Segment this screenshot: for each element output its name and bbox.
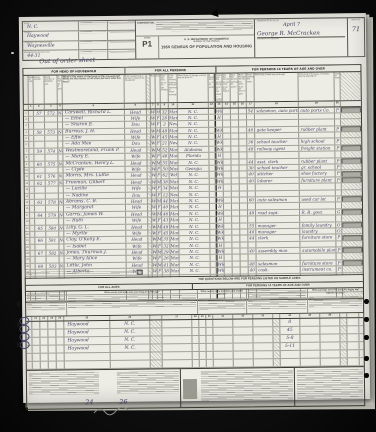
cell-house: 63 <box>35 200 46 206</box>
sample-column-number: 33 <box>253 314 273 318</box>
cell-house <box>35 244 46 250</box>
cell-hrs: 48 <box>248 210 256 215</box>
cell-d1: Wk <box>216 198 224 203</box>
cell-name: — Isabel <box>64 243 126 249</box>
cell-rel: Head <box>126 224 148 230</box>
cell-hrs: 30 <box>248 165 256 170</box>
sample-cell-d3 <box>253 335 273 342</box>
sample-column-number: 29 <box>199 315 206 319</box>
cell-stamp <box>341 139 361 145</box>
cell-d3 <box>232 191 240 196</box>
dept-line-2: BUREAU OF THE CENSUS <box>159 40 254 43</box>
cell-serial: 575 <box>45 161 58 167</box>
cell-house: 64 <box>35 212 46 218</box>
sample-cell-e3 <box>320 326 340 333</box>
cell-stamp <box>343 266 363 272</box>
cell-born: N. C. <box>180 262 211 268</box>
cell-house <box>34 117 45 123</box>
sample-cell-shadeB <box>150 336 162 343</box>
cell-age: 48 <box>161 128 169 133</box>
census-title: 1950 CENSUS OF POPULATION AND HOUSING <box>159 43 254 49</box>
aux-box-label <box>108 41 135 43</box>
cell-stamp <box>341 113 361 119</box>
cell-ind: furniture store <box>301 260 337 266</box>
question-parents: What country were his father and mother … <box>199 290 245 296</box>
column-number: 11 <box>178 103 209 108</box>
header-aux-box <box>79 31 108 40</box>
cell-occ: railway agent <box>255 146 299 152</box>
cell-hrs <box>249 255 257 260</box>
cell-house <box>36 257 47 263</box>
stamp-mark <box>342 196 361 201</box>
cell-hrs: 40 <box>248 229 256 234</box>
cell-born: Georgia <box>179 166 210 172</box>
header-field: STATEN. C. <box>23 21 79 30</box>
sample-column-number: 25 <box>64 316 110 321</box>
sample-cell-county: Haywood <box>64 337 110 345</box>
sheet-number-label: SHEET NO. <box>348 19 364 21</box>
cell-occ <box>256 190 300 196</box>
stamp-mark <box>343 248 362 253</box>
sample-cell-c1 <box>193 344 200 351</box>
sample-cell-same <box>162 328 192 335</box>
sample-cell-e1: 5-11 <box>281 343 301 350</box>
cell-ind <box>301 254 337 260</box>
sample-cell-state: N. C. <box>111 345 151 352</box>
cell-d4 <box>240 204 248 209</box>
cell-d4 <box>240 165 248 170</box>
scanner-background: STATEN. C.COUNTYHaywoodTOWNSHIP OR OTHER… <box>0 0 376 432</box>
cell-name: — Effie <box>63 135 125 141</box>
cell-age: 43 <box>162 217 170 222</box>
sheet-number: 71 <box>348 25 364 33</box>
cell-d1 <box>215 121 223 126</box>
cell-rel: Wife <box>125 154 147 160</box>
sample-cell-e2 <box>300 335 320 342</box>
cell-serial <box>46 244 59 250</box>
cell-stamp <box>342 177 362 183</box>
cell-d3 <box>231 114 239 119</box>
sample-cell-state: N. C. <box>110 329 150 336</box>
cell-rel: Head <box>126 173 148 179</box>
cell-born: N. C. <box>179 249 210 255</box>
cell-name: Abrams, C. B. <box>64 199 126 205</box>
cell-d2 <box>225 255 233 260</box>
cell-ind: shoe factory <box>300 171 336 177</box>
cell-mar: Mar <box>170 217 179 222</box>
sample-cell-shadeD <box>340 334 347 341</box>
sample-cell-b4 <box>57 353 65 360</box>
cell-mar: Mar <box>169 109 178 114</box>
sample-cell-b1 <box>33 362 41 369</box>
sample-cell-c3 <box>207 360 214 367</box>
cell-rel: Wife <box>127 256 149 262</box>
column-number: 14 <box>223 103 231 108</box>
cell-d3 <box>232 204 240 209</box>
cell-name: Jones, Thurman J. <box>64 250 126 256</box>
cell-occ <box>255 114 299 120</box>
cell-name: — Nadine <box>64 192 126 198</box>
header-field-value: Haywood <box>27 34 77 40</box>
sample-cell-county: Haywood <box>64 321 110 329</box>
sample-cell-same <box>162 320 192 327</box>
cell-rel: Wife <box>125 135 147 141</box>
cell-occ: cash. <box>257 267 301 273</box>
sample-cell-d2 <box>233 319 253 326</box>
cell-rel: Dau <box>126 192 148 198</box>
cell-serial <box>46 219 59 225</box>
sample-cell-c2 <box>200 344 207 351</box>
cell-d2 <box>223 159 231 164</box>
question-earnings: What earnings were this person's wages a… <box>309 289 362 295</box>
cell-born: N. C. <box>178 121 209 127</box>
column-header-house: House number <box>33 76 44 104</box>
column-header-occ: What kind of work was he doing? <box>254 73 298 101</box>
cell-d4 <box>240 178 248 183</box>
cell-name: Clay, O'Kelly E. <box>64 237 126 243</box>
column-number: 17 <box>247 102 255 107</box>
sample-cell-b3 <box>48 322 56 329</box>
cell-d3 <box>232 249 240 254</box>
sample-head-parents: What country were his father and mother … <box>198 289 247 314</box>
cell-d4 <box>239 140 247 145</box>
column-number: 10 <box>169 103 178 108</box>
stamp-mark <box>343 260 362 265</box>
sample-cell-d2 <box>234 359 254 366</box>
cell-rel: Head <box>126 211 148 217</box>
cell-ind: laundry <box>300 228 336 234</box>
cell-rel: Head <box>125 160 147 166</box>
cell-rel: Wife <box>126 186 148 192</box>
aux-box-label <box>108 50 135 52</box>
cell-d1: Wk <box>215 108 223 113</box>
cell-age: 34 <box>162 185 170 190</box>
sample-cell-d1 <box>213 320 233 327</box>
cell-born: N. C. <box>179 230 210 236</box>
cell-rel: Wife <box>126 167 148 173</box>
cell-ind <box>299 113 335 119</box>
stamp-mark <box>342 209 361 214</box>
cell-stamp <box>341 119 361 125</box>
cell-occ: salesman <box>257 261 301 267</box>
cell-ind <box>300 216 336 222</box>
sample-cell-shadeC <box>273 335 280 342</box>
sample-column-number: 30 <box>206 315 213 319</box>
cell-house <box>35 187 46 193</box>
cell-hrs: 40 <box>248 172 256 177</box>
cell-born: N. C. <box>179 191 210 197</box>
cell-d3 <box>231 134 239 139</box>
cell-mar: Mar <box>170 236 179 241</box>
cell-house: 58 <box>34 129 45 135</box>
sample-cell-b4 <box>56 329 64 336</box>
sample-cell-c3 <box>206 336 213 343</box>
cell-mar: Nev <box>169 141 178 146</box>
sample-cell-e3 <box>320 318 340 325</box>
cell-age: 40 <box>162 205 170 210</box>
cell-serial: 576 <box>46 174 59 180</box>
cell-d4 <box>240 229 248 234</box>
cell-ind: rubber plant <box>299 126 335 132</box>
stamp-mark <box>342 171 361 176</box>
enumerator-label: ENUMERATOR (Signature) <box>257 37 345 40</box>
cell-d3 <box>231 159 239 164</box>
cell-age: 55 <box>161 160 169 165</box>
cell-hrs <box>247 114 255 119</box>
cell-d1: Wk <box>216 249 224 254</box>
cell-d2 <box>224 172 232 177</box>
sample-cell-c1 <box>193 352 200 359</box>
cell-hrs <box>247 121 255 126</box>
cell-d2 <box>224 198 232 203</box>
cell-d4 <box>240 217 248 222</box>
cell-d4 <box>239 146 247 151</box>
header-aux-box <box>79 40 108 49</box>
cell-d1 <box>216 191 224 196</box>
cell-d3 <box>232 242 240 247</box>
cell-age: 62 <box>162 173 170 178</box>
column-headers: Name of streetHouse numberSerial number … <box>23 72 360 105</box>
sample-cell-e3 <box>321 342 341 349</box>
sample-cell-b4 <box>56 337 64 344</box>
cell-house <box>35 206 46 212</box>
cell-stamp <box>341 158 361 164</box>
cell-born: N. C. <box>178 108 209 114</box>
cell-occ: school teacher <box>256 165 300 171</box>
sample-column-number: 34 <box>280 314 300 318</box>
cell-house <box>34 155 45 161</box>
sample-cell-end <box>348 342 360 349</box>
stamp-mark <box>343 235 362 240</box>
sample-head-earnings: What earnings were this person's wages a… <box>308 288 363 313</box>
cell-born: Alabama <box>178 147 209 153</box>
cell-age: 26 <box>163 256 171 261</box>
cell-d1: H <box>215 115 223 120</box>
cell-stamp <box>342 209 362 215</box>
sample-cell-e3 <box>321 350 341 357</box>
sample-column-headers: What county and State were you living in… <box>26 288 363 317</box>
cell-hrs: 54 <box>247 108 255 113</box>
sample-cell-shadeC <box>273 327 280 334</box>
sample-column-number: 35 <box>300 314 320 318</box>
cell-house <box>35 168 46 174</box>
cell-ind: gr. school <box>300 164 336 170</box>
column-number: 5 <box>63 104 125 109</box>
sample-cell-shadeC <box>274 343 281 350</box>
sample-cell-b2 <box>41 354 49 361</box>
cell-occ <box>256 216 300 222</box>
cell-d3 <box>231 153 239 158</box>
cell-serial <box>45 123 58 129</box>
footer-box-right <box>295 367 364 406</box>
cell-born: N. C. <box>178 134 209 140</box>
sheet-number-box: SHEET NO. 71 <box>348 18 364 56</box>
cell-hrs <box>248 184 256 189</box>
cell-mar: Mar <box>170 198 179 203</box>
sample-cell-county: Haywood <box>64 329 110 337</box>
sample-head-education <box>247 289 308 314</box>
cell-stamp <box>342 228 362 234</box>
cell-occ <box>256 184 300 190</box>
cell-ind: used car lot <box>300 196 336 202</box>
cell-born: N. C. <box>179 204 210 210</box>
cell-age: 45 <box>162 230 170 235</box>
sample-column-number: 28 <box>192 315 199 319</box>
cell-name: Westmoreland, Frank P. <box>63 148 125 154</box>
cell-stamp <box>342 171 362 177</box>
cell-hrs: 48 <box>247 146 255 151</box>
cell-d4 <box>239 153 247 158</box>
header-aux-box <box>107 21 135 30</box>
sample-column-number: 27 <box>162 315 192 319</box>
stamp-mark <box>342 158 361 163</box>
cell-born: N. C. <box>179 243 210 249</box>
cell-stamp <box>342 196 362 202</box>
cell-d1: Wk <box>215 140 223 145</box>
cell-d3 <box>231 146 239 151</box>
cell-hrs <box>247 153 255 158</box>
cell-age: 38 <box>162 179 170 184</box>
cell-born: N. C. <box>180 255 211 261</box>
sample-cell-e3 <box>320 334 340 341</box>
sample-cell-c2 <box>200 360 207 367</box>
sample-cell-same <box>163 352 193 359</box>
cell-hrs <box>248 191 256 196</box>
cell-stamp <box>342 215 362 221</box>
cell-occ: gate keeper <box>255 126 299 132</box>
form-number: P1 <box>136 39 158 48</box>
cell-mar: Mar <box>170 249 179 254</box>
sample-cell-same <box>163 344 193 351</box>
cell-house <box>34 136 45 142</box>
cell-house: 57 <box>34 110 45 116</box>
cell-name: — Sharon E. <box>63 122 125 128</box>
sample-cell-b2 <box>40 330 48 337</box>
sample-cell-b3 <box>48 338 56 345</box>
column-header-mar: Is he now married, widowed, divorced, se… <box>168 74 177 102</box>
sample-cell-shadeB <box>150 328 162 335</box>
cell-d3 <box>232 229 240 234</box>
census-sheet: STATEN. C.COUNTYHaywoodTOWNSHIP OR OTHER… <box>19 13 370 403</box>
cell-stamp <box>341 132 361 138</box>
cell-d4 <box>239 127 247 132</box>
sample-column-number: 26 <box>110 316 150 320</box>
sample-cell-e1: 5-8 <box>280 335 300 342</box>
cell-age: 45 <box>161 134 169 139</box>
cell-d2 <box>225 268 233 273</box>
cell-stamp <box>342 183 362 189</box>
sample-rows: HaywoodN. C.0HaywoodN. C.45HaywoodN. C.5… <box>26 318 364 370</box>
sample-cell-shadeD <box>340 318 347 325</box>
cell-mar: Mar <box>169 134 178 139</box>
cell-ind <box>300 184 336 190</box>
cell-ind: instrument co. <box>301 267 337 273</box>
stamp-mark <box>343 222 362 227</box>
cell-d2 <box>224 242 232 247</box>
cell-d2 <box>224 236 232 241</box>
cell-d1: Wk <box>216 166 224 171</box>
sample-lines-table: THE QUESTIONS BELOW ARE FOR PERSONS LIST… <box>25 274 365 410</box>
cell-d1: Wk <box>215 159 223 164</box>
sample-cell-d1 <box>213 328 233 335</box>
sample-cell-e1 <box>281 351 301 358</box>
cell-rel: Wife <box>126 205 148 211</box>
cell-mar: Mar <box>170 185 179 190</box>
cell-d2 <box>224 217 232 222</box>
cell-name: Carswell, Richard L. <box>63 109 125 115</box>
cell-hrs: 40 <box>249 268 257 273</box>
cell-d3 <box>231 108 239 113</box>
cell-name: — Mary E. <box>63 154 125 160</box>
sample-column-number: 23 <box>48 317 56 321</box>
header-aux-box <box>79 21 108 30</box>
cell-house <box>35 219 46 225</box>
cell-occ: school teacher <box>255 139 299 145</box>
cell-stamp <box>343 254 363 260</box>
confidential-block: CONFIDENTIAL <box>136 19 254 36</box>
punch-hole-dot <box>364 335 369 340</box>
sample-cell-c1 <box>192 320 199 327</box>
sample-cell-e2 <box>301 343 321 350</box>
cell-born: N. C. <box>179 236 210 242</box>
cell-d1: H <box>217 255 225 260</box>
cell-d4 <box>240 223 248 228</box>
sample-cell-shadeD <box>340 326 347 333</box>
sample-column-number: 31 <box>213 315 233 319</box>
cell-occ <box>256 203 300 209</box>
cell-d1: Wk <box>216 172 224 177</box>
cell-occ <box>255 152 299 158</box>
cell-mar: Mar <box>170 211 179 216</box>
cell-name: McCracken, Henry L. <box>63 160 125 166</box>
cell-ind: rubber plant <box>299 158 335 164</box>
footer-right-text <box>296 369 362 400</box>
cell-d3 <box>232 217 240 222</box>
sample-cell-d3 <box>254 351 274 358</box>
column-number: 6 <box>125 104 147 109</box>
edge-mark <box>17 302 20 307</box>
cell-born: N. C. <box>179 211 210 217</box>
column-number: 19 <box>299 101 335 106</box>
cell-occ: stitcher <box>256 171 300 177</box>
cell-hrs: 36 <box>247 140 255 145</box>
cell-occ: clerk <box>256 235 300 241</box>
cell-mar: Nev <box>170 192 179 197</box>
sample-cell-end <box>348 358 360 365</box>
cell-d3 <box>233 268 241 273</box>
sample-cell-e1: 0 <box>280 319 300 326</box>
cell-rel: Head <box>125 109 147 115</box>
header-field-value: N. C. <box>27 24 77 30</box>
column-header-born: What State (or foreign country) was he b… <box>177 74 208 102</box>
cell-ind <box>300 241 336 247</box>
sample-cell-same <box>162 336 192 343</box>
cell-d4 <box>240 191 248 196</box>
cell-d4 <box>241 261 249 266</box>
enumerator-block: ENUMERATED BY ME ON April 7 George R. Mc… <box>255 18 364 57</box>
cell-born: N. C. <box>179 198 210 204</box>
punch-hole-dot <box>364 373 369 378</box>
cell-house <box>34 123 45 129</box>
cell-d2 <box>223 121 231 126</box>
cell-d2 <box>223 153 231 158</box>
cell-d3 <box>231 140 239 145</box>
cell-mar: Mar <box>171 262 180 267</box>
sample-cell-b3 <box>48 330 56 337</box>
footer-box-middle <box>181 368 295 407</box>
cell-serial: 579 <box>46 212 59 218</box>
cell-d3 <box>232 236 240 241</box>
